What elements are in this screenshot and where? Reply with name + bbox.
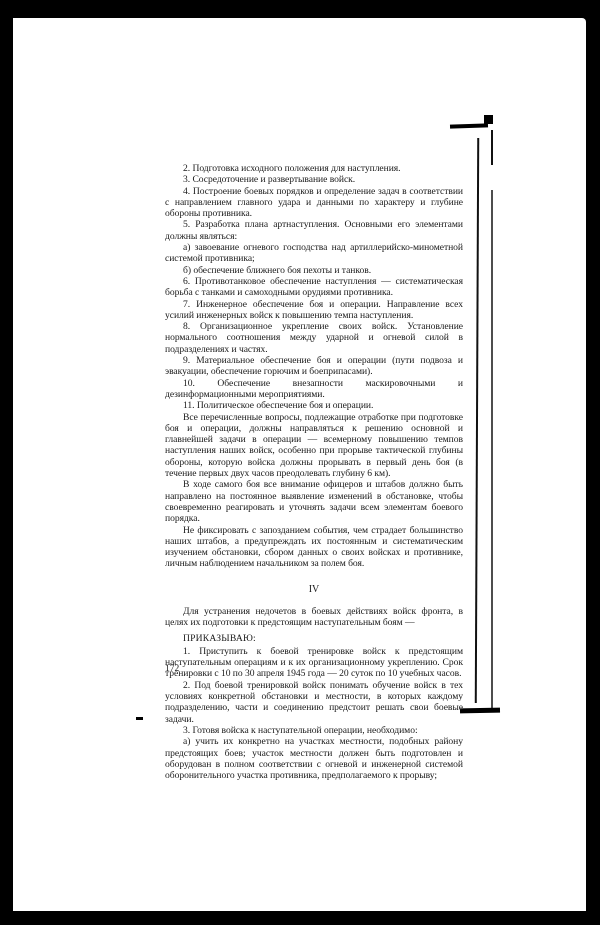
list-item: 2. Подготовка исходного положения для на… xyxy=(165,163,463,174)
preamble: Для устранения недочетов в боевых действ… xyxy=(165,606,463,629)
list-item: 7. Инженерное обеспечение боя и операции… xyxy=(165,299,463,322)
list-item: 11. Политическое обеспечение боя и опера… xyxy=(165,400,463,411)
scan-artifact-mark xyxy=(484,115,493,124)
list-item: 3. Сосредоточение и развертывание войск. xyxy=(165,174,463,185)
section-heading: IV xyxy=(165,584,463,595)
paragraph: Все перечисленные вопросы, подлежащие от… xyxy=(165,412,463,480)
list-item: 8. Организационное укрепление своих войс… xyxy=(165,321,463,355)
list-item: 5. Разработка плана артнаступления. Осно… xyxy=(165,219,463,242)
list-item: а) завоевание огневого господства над ар… xyxy=(165,242,463,265)
order-item: 2. Под боевой тренировкой войск понимать… xyxy=(165,680,463,725)
list-item: 9. Материальное обеспечение боя и операц… xyxy=(165,355,463,378)
scan-artifact-mark xyxy=(460,708,500,714)
list-item: 10. Обеспечение внезапности маскировочны… xyxy=(165,378,463,401)
list-item: б) обеспечение ближнего боя пехоты и тан… xyxy=(165,265,463,276)
order-item: 3. Готовя войска к наступательной операц… xyxy=(165,725,463,736)
order-heading: ПРИКАЗЫВАЮ: xyxy=(165,633,463,644)
list-item: 6. Противотанковое обеспечение наступлен… xyxy=(165,276,463,299)
order-item: 1. Приступить к боевой тренировке войск … xyxy=(165,646,463,680)
scan-artifact-line xyxy=(491,130,493,165)
paragraph: В ходе самого боя все внимание офицеров … xyxy=(165,479,463,524)
document-body: 2. Подготовка исходного положения для на… xyxy=(165,163,463,781)
list-item: 4. Построение боевых порядков и определе… xyxy=(165,186,463,220)
scan-artifact-line xyxy=(491,190,493,710)
page-number: 172 xyxy=(165,664,179,674)
order-item: а) учить их конкретно на участках местно… xyxy=(165,736,463,781)
paragraph: Не фиксировать с запозданием события, че… xyxy=(165,525,463,570)
scan-artifact-mark xyxy=(136,717,143,720)
